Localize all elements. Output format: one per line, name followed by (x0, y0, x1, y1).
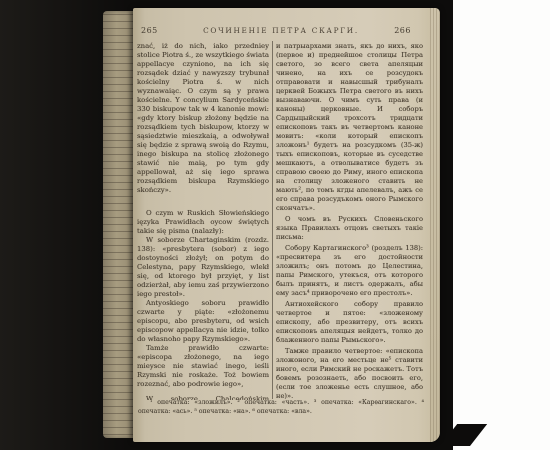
polish-text-column: znać, iż do nich, iako przedniey stolice… (137, 42, 269, 400)
footnotes: ¹ опечатка: «зложилъ». ² опечатка: «част… (138, 399, 424, 416)
running-title: СОЧИНЕНІЕ ПЕТРА СКАРГИ. (137, 26, 425, 35)
previous-page-edge (103, 11, 133, 438)
paragraph: Антиохейского собору правило четвертое и… (276, 300, 423, 345)
paragraph: Antyoskiego soboru prawidło czwarte y pi… (137, 299, 269, 344)
column-divider (272, 41, 273, 399)
column-number-right: 266 (394, 26, 411, 35)
book-photo: 265 СОЧИНЕНІЕ ПЕТРА СКАРГИ. 266 znać, iż… (0, 0, 550, 450)
ruthenian-text-column: и патрыархами знать, якъ до нихъ, яко (п… (276, 42, 423, 400)
fore-edge-pages (430, 8, 440, 442)
page-header: 265 СОЧИНЕНІЕ ПЕТРА СКАРГИ. 266 (133, 26, 440, 38)
paragraph: W soborze Chartaginskim (rozdz. 138): «p… (137, 236, 269, 299)
paragraph: Tamże prawidło czwarte: «episcopa złożon… (137, 344, 269, 389)
paragraph: O czym w Ruskich Słowieńskiego ięzyka Pr… (137, 209, 269, 236)
paragraph: и патрыархами знать, якъ до нихъ, яко (п… (276, 42, 423, 213)
paragraph: Собору Картагинского³ (розделъ 138): «пр… (276, 244, 423, 298)
paragraph: znać, iż do nich, iako przedniey stolice… (137, 42, 269, 195)
paragraph: О чомъ въ Рускихъ Словеньского языка Пра… (276, 215, 423, 242)
book-page: 265 СОЧИНЕНІЕ ПЕТРА СКАРГИ. 266 znać, iż… (133, 8, 440, 442)
paragraph: Тамже правило четвертое: «епископа зложо… (276, 347, 423, 400)
